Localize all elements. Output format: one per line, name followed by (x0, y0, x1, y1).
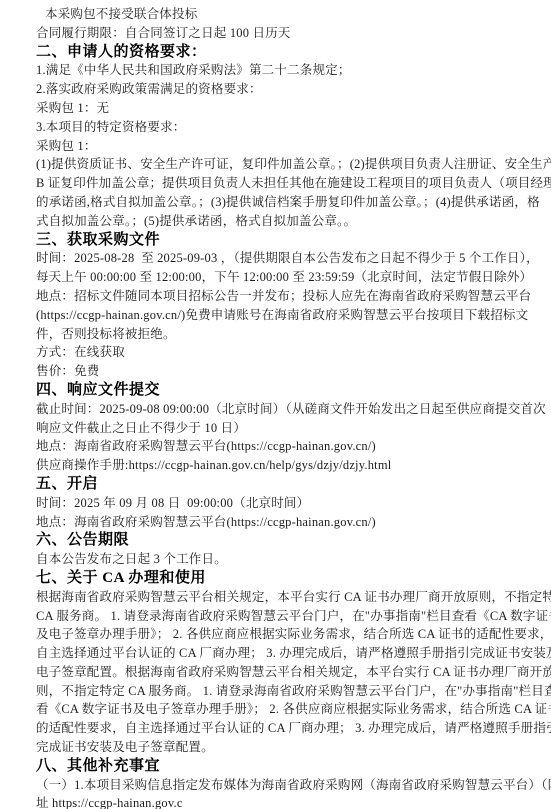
doc-line-location: 地点：海南省政府采购智慧云平台(https://ccgp-hainan.gov.… (36, 437, 529, 456)
doc-line-no-consortium: 本采购包不接受联合体投标 (36, 5, 529, 24)
doc-line: 地点：招标文件随同本项目招标公告一并发布；投标人应先在海南省政府采购智慧云平台 (36, 287, 529, 306)
doc-line: 看《CA 数字证书及电子签章办理手册》； 2. 各供应商应根据实际业务需求，结合… (36, 700, 529, 719)
doc-line: （一）1.本项目采购信息指定发布媒体为海南省政府采购网（海南省政府采购智慧云平台… (36, 776, 529, 795)
doc-line: 的承诺函,格式自拟加盖公章。；(3)提供诚信档案手册复印件加盖公章。；(4)提供… (36, 193, 529, 212)
doc-line: 3.本项目的特定资格要求： (36, 118, 529, 137)
doc-line-url: (https://ccgp-hainan.gov.cn/)免费申请账号在海南省政… (36, 306, 529, 325)
section-heading-opening: 五、开启 (36, 475, 529, 494)
doc-line: 则，不指定特定 CA 服务商。 1. 请登录海南省政府采购智慧云平台门户，在"办… (36, 682, 529, 701)
section-heading-other-matters: 八、其他补充事宜 (36, 757, 529, 776)
doc-line: 采购包 1：无 (36, 99, 529, 118)
doc-line: 时间：2025-08-28 至 2025-09-03 ，（提供期限自本公告发布之… (36, 249, 529, 268)
doc-line: 1.满足《中华人民共和国政府采购法》第二十二条规定； (36, 61, 529, 80)
doc-line: 响应文件截止之日止不得少于 10 日） (36, 419, 529, 438)
doc-line-method: 方式：在线获取 (36, 343, 529, 362)
doc-line-supplier-manual-url: 供应商操作手册:https://ccgp-hainan.gov.cn/help/… (36, 456, 529, 475)
doc-line-deadline: 截止时间：2025-09-08 09:00:00（北京时间）（从磋商文件开始发出… (36, 400, 529, 419)
doc-line-announcement-period: 自本公告发布之日起 3 个工作日。 (36, 550, 529, 569)
doc-line: 件，否则投标将被拒绝。 (36, 325, 529, 344)
section-heading-applicant-qualifications: 二、申请人的资格要求： (36, 43, 529, 62)
doc-line: 采购包 1： (36, 137, 529, 156)
doc-line: 2.落实政府采购政策需满足的资格要求： (36, 80, 529, 99)
doc-line: 及电子签章办理手册》； 2. 各供应商应根据实际业务需求，结合所选 CA 证书的… (36, 625, 529, 644)
doc-line-truncated-url: 址 https://ccgp-hainan.gov.c (36, 794, 529, 809)
doc-line: 电子签章配置。根据海南省政府采购智慧云平台相关规定，本平台实行 CA 证书办理厂… (36, 663, 529, 682)
doc-line: 式自拟加盖公章。；(5)提供承诺函，格式自拟加盖公章。。 (36, 212, 529, 231)
doc-line-opening-location: 地点：海南省政府采购智慧云平台(https://ccgp-hainan.gov.… (36, 513, 529, 532)
section-heading-ca-usage: 七、关于 CA 办理和使用 (36, 569, 529, 588)
doc-line: 自主选择通过平台认证的 CA 厂商办理； 3. 办理完成后，请严格遵照手册指引完… (36, 644, 529, 663)
doc-line-opening-time: 时间：2025 年 09 月 08 日 09:00:00（北京时间） (36, 494, 529, 513)
doc-line: 的适配性要求，自主选择通过平台认证的 CA 厂商办理； 3. 办理完成后，请严格… (36, 719, 529, 738)
section-heading-obtain-documents: 三、获取采购文件 (36, 231, 529, 250)
doc-line-price: 售价：免费 (36, 362, 529, 381)
doc-line-contract-period: 合同履行期限：自合同签订之日起 100 日历天 (36, 24, 529, 43)
doc-line: (1)提供资质证书、安全生产许可证，复印件加盖公章。；(2)提供项目负责人注册证… (36, 155, 529, 174)
doc-line: 根据海南省政府采购智慧云平台相关规定，本平台实行 CA 证书办理厂商开放原则，不… (36, 588, 529, 607)
doc-line: CA 服务商。 1. 请登录海南省政府采购智慧云平台门户，在"办事指南"栏目查看… (36, 607, 529, 626)
procurement-announcement-document: 本采购包不接受联合体投标 合同履行期限：自合同签订之日起 100 日历天 二、申… (0, 0, 551, 809)
doc-line: 每天上午 00:00:00 至 12:00:00，下午 12:00:00 至 2… (36, 268, 529, 287)
section-heading-announcement-period: 六、公告期限 (36, 531, 529, 550)
section-heading-response-submission: 四、响应文件提交 (36, 381, 529, 400)
doc-line: 完成证书安装及电子签章配置。 (36, 738, 529, 757)
doc-line: B 证复印件加盖公章；提供项目负责人未担任其他在施建设工程项目的项目负责人（项目… (36, 174, 529, 193)
